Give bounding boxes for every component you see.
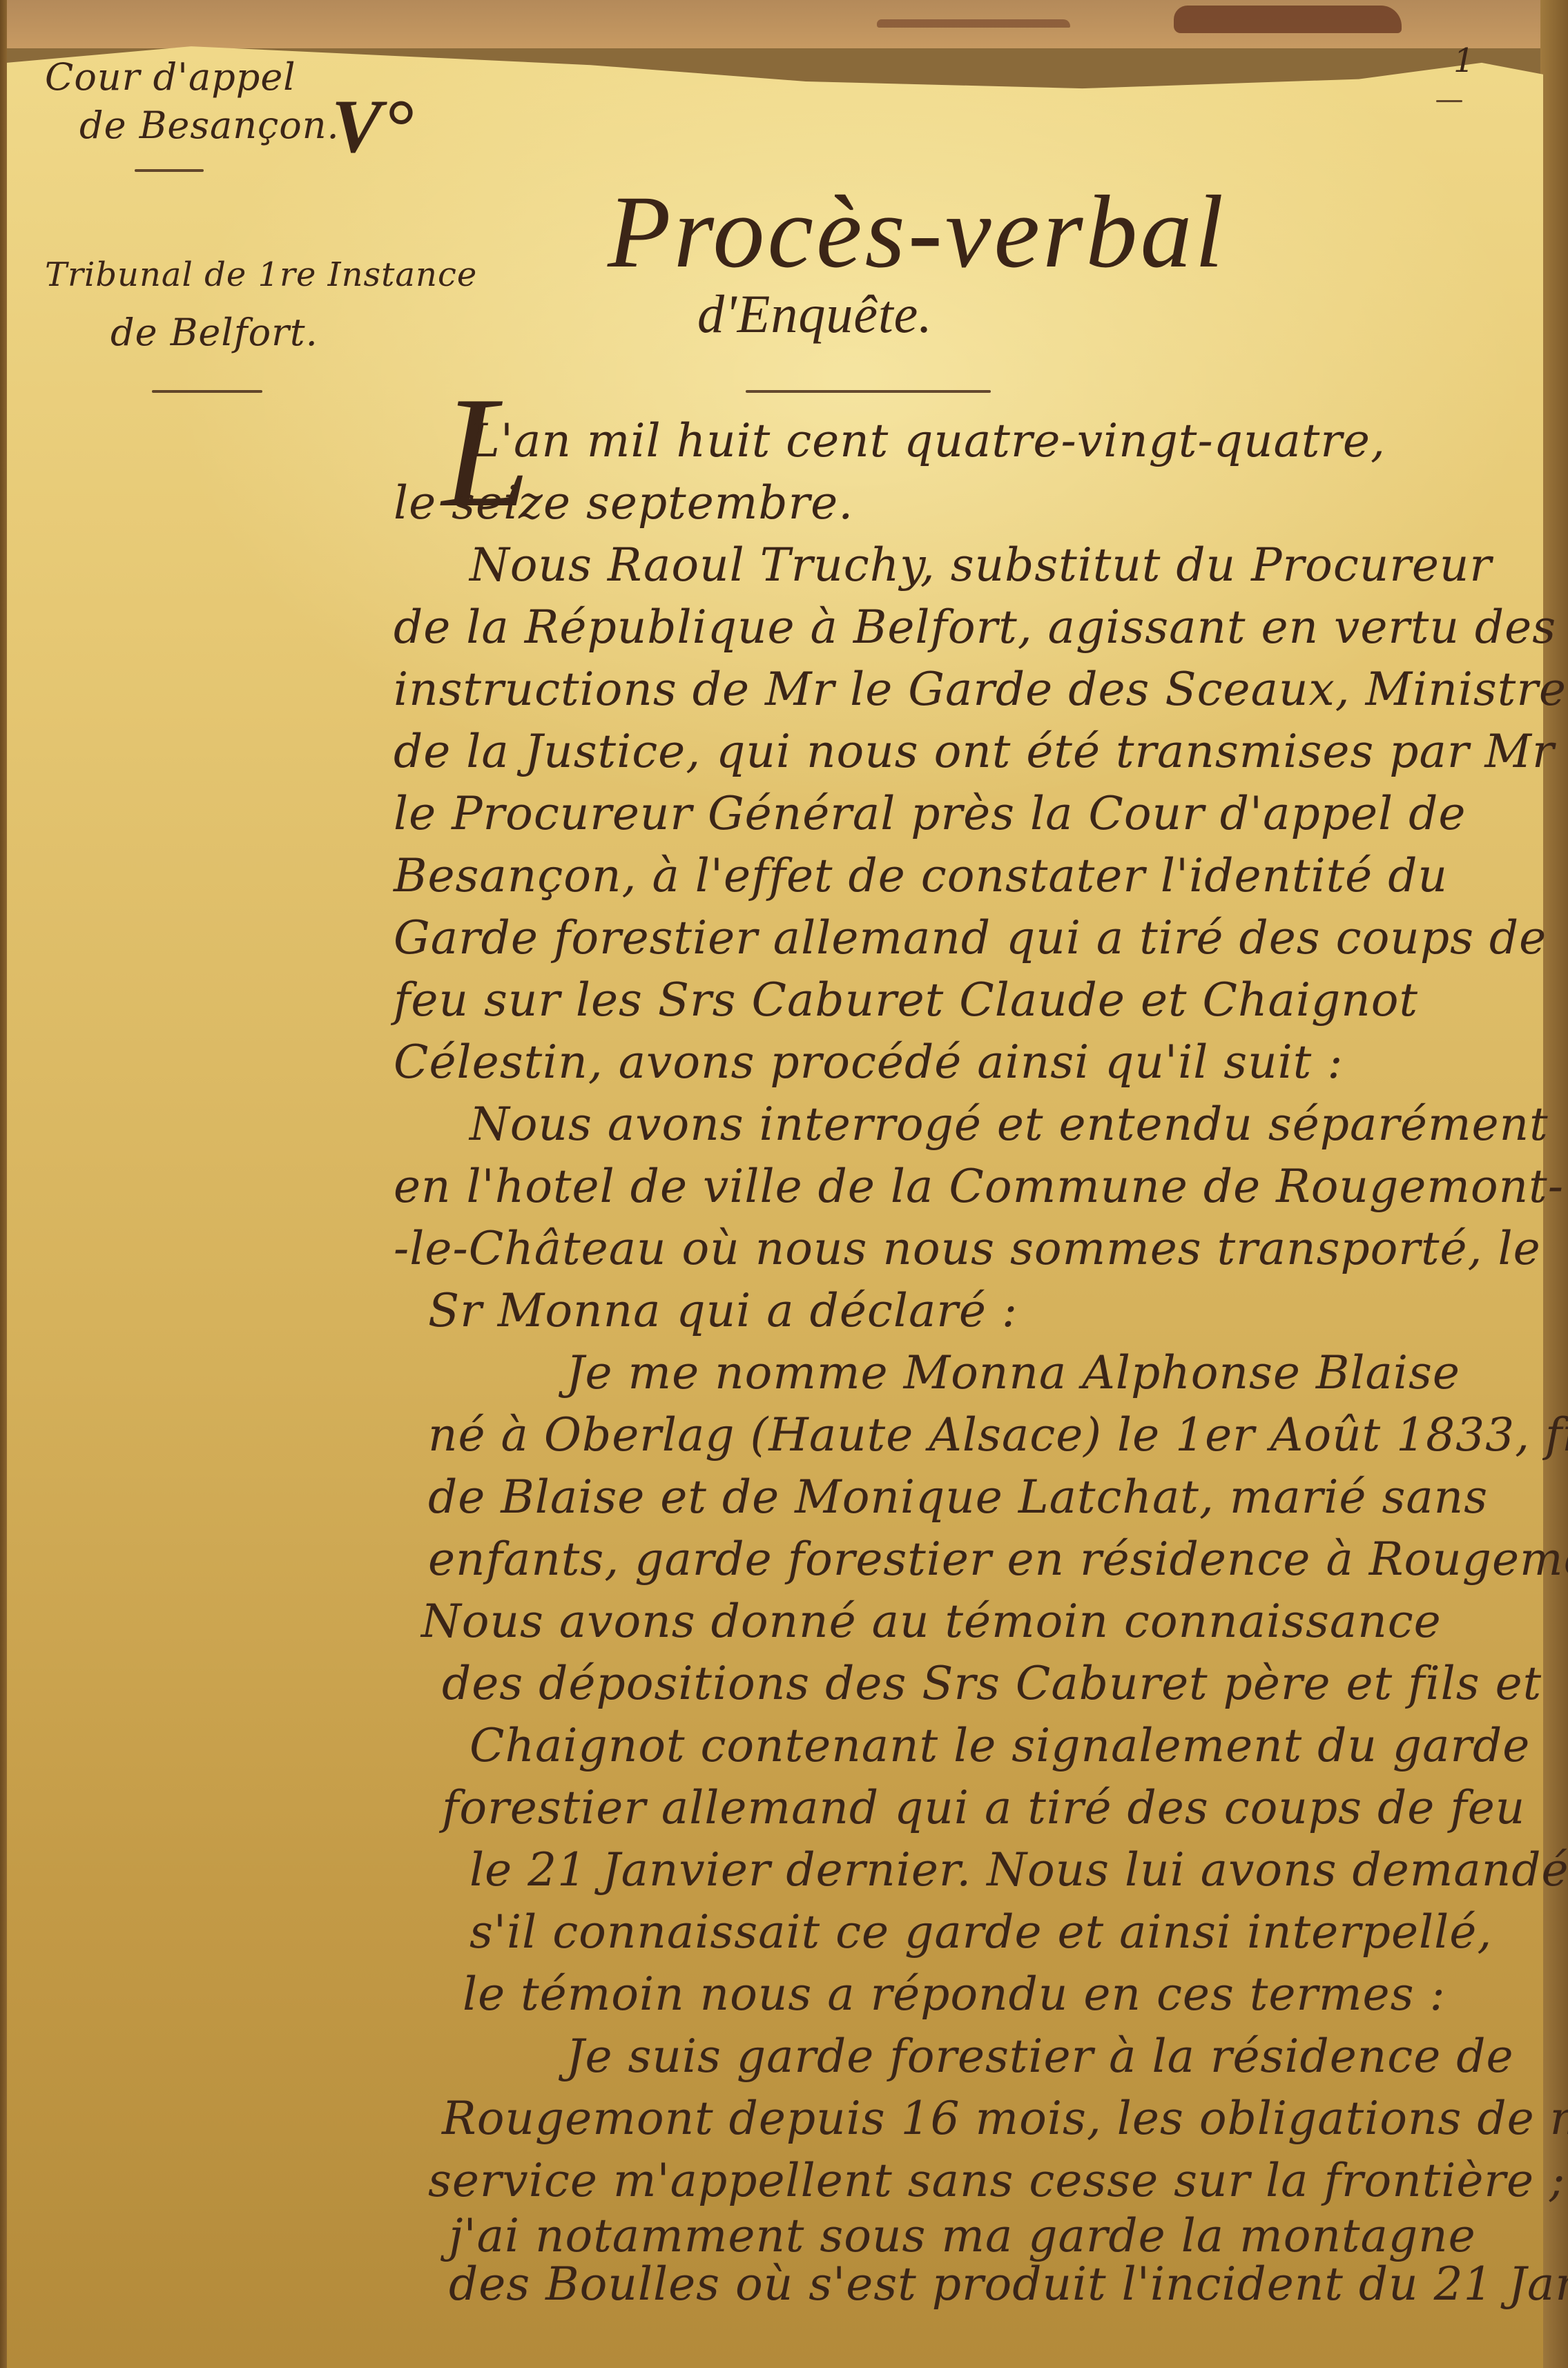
margin-note-court-underline <box>135 169 204 172</box>
body-line: de Blaise et de Monique Latchat, marié s… <box>428 1471 1488 1524</box>
body-line: L'an mil huit cent quatre-vingt-quatre, <box>470 414 1386 467</box>
margin-note-court-line1: Cour d'appel <box>45 55 296 99</box>
body-line: Nous avons interrogé et entendu séparéme… <box>470 1098 1549 1151</box>
body-line: service m'appellent sans cesse sur la fr… <box>428 2154 1565 2207</box>
body-line: né à Oberlag (Haute Alsace) le 1er Août … <box>428 1408 1568 1462</box>
page-number-underline <box>1436 100 1462 102</box>
torn-paper-mark <box>1174 6 1402 33</box>
torn-paper-mark <box>877 19 1070 28</box>
page-left-edge <box>0 0 7 2368</box>
body-line: Sr Monna qui a déclaré : <box>428 1284 1018 1337</box>
body-line: le 21 Janvier dernier. Nous lui avons de… <box>470 1843 1568 1896</box>
body-line: Nous Raoul Truchy, substitut du Procureu… <box>470 538 1492 592</box>
body-line: Chaignot contenant le signalement du gar… <box>470 1719 1530 1772</box>
body-line: Je suis garde forestier à la résidence d… <box>566 2030 1514 2083</box>
body-line: le Procureur Général près la Cour d'appe… <box>394 787 1466 840</box>
body-line: des dépositions des Srs Caburet père et … <box>442 1657 1542 1710</box>
body-line: instructions de Mr le Garde des Sceaux, … <box>394 663 1567 716</box>
body-line: Je me nomme Monna Alphonse Blaise <box>566 1346 1460 1399</box>
body-line: Rougemont depuis 16 mois, les obligation… <box>442 2092 1568 2145</box>
body-line: Besançon, à l'effet de constater l'ident… <box>394 849 1448 902</box>
body-line: des Boulles où s'est produit l'incident … <box>449 2258 1568 2311</box>
body-line: en l'hotel de ville de la Commune de Rou… <box>394 1160 1564 1213</box>
body-line: Garde forestier allemand qui a tiré des … <box>394 911 1547 964</box>
body-line: de la République à Belfort, agissant en … <box>394 601 1556 654</box>
document-title: Procès-verbal <box>608 173 1226 291</box>
body-line: s'il connaissait ce garde et ainsi inter… <box>470 1905 1492 1959</box>
body-line: le témoin nous a répondu en ces termes : <box>463 1968 1446 2021</box>
body-line: forestier allemand qui a tiré des coups … <box>442 1781 1525 1834</box>
body-line: le seize septembre. <box>394 476 853 530</box>
body-line: j'ai notamment sous ma garde la montagne <box>449 2209 1476 2262</box>
margin-note-court-line2: de Besançon. <box>79 104 340 147</box>
title-underline <box>746 390 991 393</box>
body-line: Célestin, avons procédé ainsi qu'il suit… <box>394 1036 1344 1089</box>
body-line: Nous avons donné au témoin connaissance <box>421 1595 1442 1648</box>
body-line: feu sur les Srs Caburet Claude et Chaign… <box>394 973 1418 1027</box>
body-line: de la Justice, qui nous ont été transmis… <box>394 725 1555 778</box>
margin-note-tribunal-underline <box>152 390 262 393</box>
document-subtitle: d'Enquête. <box>697 283 933 345</box>
margin-note-tribunal-line2: de Belfort. <box>110 311 318 354</box>
margin-note-tribunal-line1: Tribunal de 1re Instance <box>45 255 477 294</box>
body-line: -le-Château où nous nous sommes transpor… <box>394 1222 1541 1275</box>
page-number: 1 <box>1453 41 1475 80</box>
body-line: enfants, garde forestier en résidence à … <box>428 1533 1568 1586</box>
visa-mark: V° <box>331 83 414 171</box>
